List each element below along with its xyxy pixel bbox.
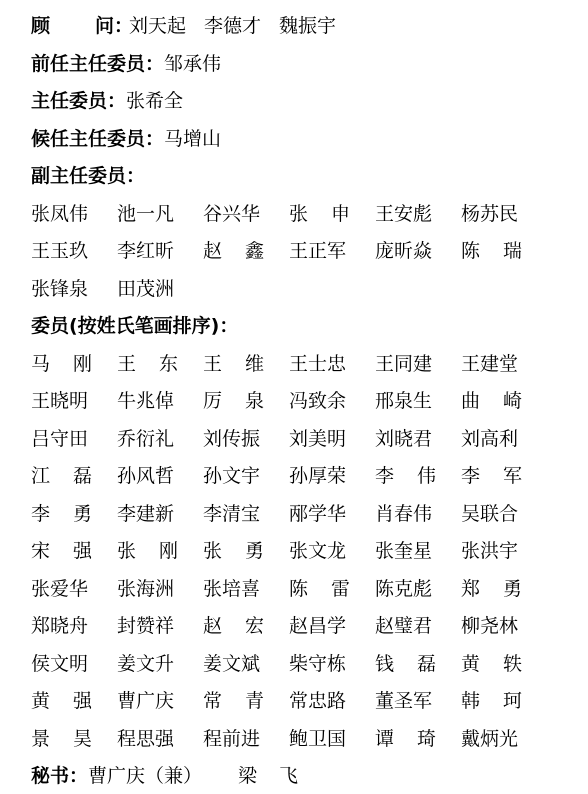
- member-name: 郑勇: [461, 571, 547, 609]
- member-name: 曲崎: [461, 383, 547, 421]
- member-name: 赵昌学: [289, 608, 375, 646]
- member-name: 王维: [203, 346, 289, 384]
- members-row: 吕守田乔衍礼刘传振刘美明刘晓君刘高利: [31, 421, 571, 459]
- vice-director-name: 赵鑫: [203, 233, 289, 271]
- vice-director-name: 张凤伟: [31, 196, 117, 234]
- secretary-line: 秘书：曹广庆（兼）梁飞: [31, 758, 571, 794]
- member-name: 宋强: [31, 533, 117, 571]
- vice-directors-label: 副主任委员：: [31, 165, 145, 187]
- former-director-name: 邹承伟: [164, 53, 221, 75]
- members-row: 王晓明牛兆倬厉泉冯致余邢泉生曲崎: [31, 383, 571, 421]
- director-elect-label: 候任主任委员：: [31, 128, 164, 150]
- member-name: 王同建: [375, 346, 461, 384]
- advisor-name: 李德才: [204, 8, 261, 46]
- vice-directors-row: 张锋泉田茂洲: [31, 271, 571, 309]
- advisor-name: 刘天起: [129, 8, 186, 46]
- member-name: 张勇: [203, 533, 289, 571]
- member-name: 陈雷: [289, 571, 375, 609]
- committee-roster: 顾问：刘天起李德才魏振宇 前任主任委员：邹承伟 主任委员：张希全 候任主任委员：…: [31, 8, 571, 794]
- member-name: 钱磊: [375, 646, 461, 684]
- member-name: 马刚: [31, 346, 117, 384]
- member-name: 邢泉生: [375, 383, 461, 421]
- member-name: 张培喜: [203, 571, 289, 609]
- former-director-line: 前任主任委员：邹承伟: [31, 46, 571, 84]
- member-name: 韩珂: [461, 683, 547, 721]
- member-name: 吕守田: [31, 421, 117, 459]
- member-name: 冯致余: [289, 383, 375, 421]
- member-name: 常忠路: [289, 683, 375, 721]
- member-name: 张洪宇: [461, 533, 547, 571]
- member-name: 刘传振: [203, 421, 289, 459]
- vice-director-name: 田茂洲: [117, 271, 203, 309]
- vice-director-name: [289, 271, 375, 309]
- advisors-label: 顾问：: [31, 8, 129, 46]
- member-name: 侯文明: [31, 646, 117, 684]
- vice-director-name: 王玉玖: [31, 233, 117, 271]
- member-name: 刘高利: [461, 421, 547, 459]
- vice-director-name: 谷兴华: [203, 196, 289, 234]
- member-name: 江磊: [31, 458, 117, 496]
- members-row: 江磊孙风哲孙文宇孙厚荣李伟李军: [31, 458, 571, 496]
- vice-director-name: [375, 271, 461, 309]
- member-name: 王建堂: [461, 346, 547, 384]
- member-name: 黄轶: [461, 646, 547, 684]
- member-name: 肖春伟: [375, 496, 461, 534]
- member-name: 王晓明: [31, 383, 117, 421]
- vice-director-name: [461, 271, 547, 309]
- member-name: 郑晓舟: [31, 608, 117, 646]
- vice-director-name: [203, 271, 289, 309]
- members-label: 委员(按姓氏笔画排序)：: [31, 315, 238, 337]
- vice-director-name: 庞昕焱: [375, 233, 461, 271]
- member-name: 姜文斌: [203, 646, 289, 684]
- member-name: 刘美明: [289, 421, 375, 459]
- member-name: 景昊: [31, 721, 117, 759]
- member-name: 李建新: [117, 496, 203, 534]
- member-name: 谭琦: [375, 721, 461, 759]
- member-name: 孙文宇: [203, 458, 289, 496]
- member-name: 柳尧林: [461, 608, 547, 646]
- member-name: 赵宏: [203, 608, 289, 646]
- members-row: 马刚王东王维王士忠王同建王建堂: [31, 346, 571, 384]
- members-grid: 马刚王东王维王士忠王同建王建堂王晓明牛兆倬厉泉冯致余邢泉生曲崎吕守田乔衍礼刘传振…: [31, 346, 571, 759]
- member-name: 曹广庆: [117, 683, 203, 721]
- member-name: 戴炳光: [461, 721, 547, 759]
- former-director-label: 前任主任委员：: [31, 53, 164, 75]
- vice-director-name: 杨苏民: [461, 196, 547, 234]
- member-name: 张文龙: [289, 533, 375, 571]
- vice-director-name: 王正军: [289, 233, 375, 271]
- member-name: 李勇: [31, 496, 117, 534]
- vice-director-name: 张申: [289, 196, 375, 234]
- member-name: 鲍卫国: [289, 721, 375, 759]
- director-elect-name: 马增山: [164, 128, 221, 150]
- vice-director-name: 张锋泉: [31, 271, 117, 309]
- member-name: 常青: [203, 683, 289, 721]
- vice-director-name: 陈瑞: [461, 233, 547, 271]
- member-name: 姜文升: [117, 646, 203, 684]
- members-row: 李勇李建新李清宝邴学华肖春伟吴联合: [31, 496, 571, 534]
- member-name: 吴联合: [461, 496, 547, 534]
- vice-directors-grid: 张凤伟池一凡谷兴华张申王安彪杨苏民王玉玖李红昕赵鑫王正军庞昕焱陈瑞张锋泉田茂洲: [31, 196, 571, 309]
- vice-directors-heading: 副主任委员：: [31, 158, 571, 196]
- member-name: 张奎星: [375, 533, 461, 571]
- members-row: 黄强曹广庆常青常忠路董圣军韩珂: [31, 683, 571, 721]
- vice-director-name: 池一凡: [117, 196, 203, 234]
- members-row: 张爱华张海洲张培喜陈雷陈克彪郑勇: [31, 571, 571, 609]
- member-name: 陈克彪: [375, 571, 461, 609]
- members-row: 宋强张刚张勇张文龙张奎星张洪宇: [31, 533, 571, 571]
- member-name: 封赞祥: [117, 608, 203, 646]
- advisors-line: 顾问：刘天起李德才魏振宇: [31, 8, 571, 46]
- member-name: 乔衍礼: [117, 421, 203, 459]
- member-name: 李军: [461, 458, 547, 496]
- advisor-name: 魏振宇: [279, 8, 336, 46]
- vice-director-name: 王安彪: [375, 196, 461, 234]
- secretary-name-2: 梁飞: [238, 765, 298, 787]
- member-name: 柴守栋: [289, 646, 375, 684]
- member-name: 牛兆倬: [117, 383, 203, 421]
- member-name: 孙风哲: [117, 458, 203, 496]
- members-heading: 委员(按姓氏笔画排序)：: [31, 308, 571, 346]
- member-name: 张爱华: [31, 571, 117, 609]
- member-name: 李清宝: [203, 496, 289, 534]
- members-row: 景昊程思强程前进鲍卫国谭琦戴炳光: [31, 721, 571, 759]
- member-name: 董圣军: [375, 683, 461, 721]
- member-name: 王东: [117, 346, 203, 384]
- advisors-names: 刘天起李德才魏振宇: [129, 15, 354, 37]
- director-line: 主任委员：张希全: [31, 83, 571, 121]
- member-name: 赵璧君: [375, 608, 461, 646]
- secretary-name: 曹广庆（兼）: [88, 765, 202, 787]
- members-row: 郑晓舟封赞祥赵宏赵昌学赵璧君柳尧林: [31, 608, 571, 646]
- vice-director-name: 李红昕: [117, 233, 203, 271]
- member-name: 李伟: [375, 458, 461, 496]
- vice-directors-row: 张凤伟池一凡谷兴华张申王安彪杨苏民: [31, 196, 571, 234]
- member-name: 张海洲: [117, 571, 203, 609]
- member-name: 孙厚荣: [289, 458, 375, 496]
- director-label: 主任委员：: [31, 90, 126, 112]
- member-name: 厉泉: [203, 383, 289, 421]
- director-elect-line: 候任主任委员：马增山: [31, 121, 571, 159]
- director-name: 张希全: [126, 90, 183, 112]
- member-name: 刘晓君: [375, 421, 461, 459]
- member-name: 程思强: [117, 721, 203, 759]
- member-name: 黄强: [31, 683, 117, 721]
- members-row: 侯文明姜文升姜文斌柴守栋钱磊黄轶: [31, 646, 571, 684]
- secretary-label: 秘书：: [31, 765, 88, 787]
- member-name: 张刚: [117, 533, 203, 571]
- vice-directors-row: 王玉玖李红昕赵鑫王正军庞昕焱陈瑞: [31, 233, 571, 271]
- member-name: 程前进: [203, 721, 289, 759]
- member-name: 王士忠: [289, 346, 375, 384]
- member-name: 邴学华: [289, 496, 375, 534]
